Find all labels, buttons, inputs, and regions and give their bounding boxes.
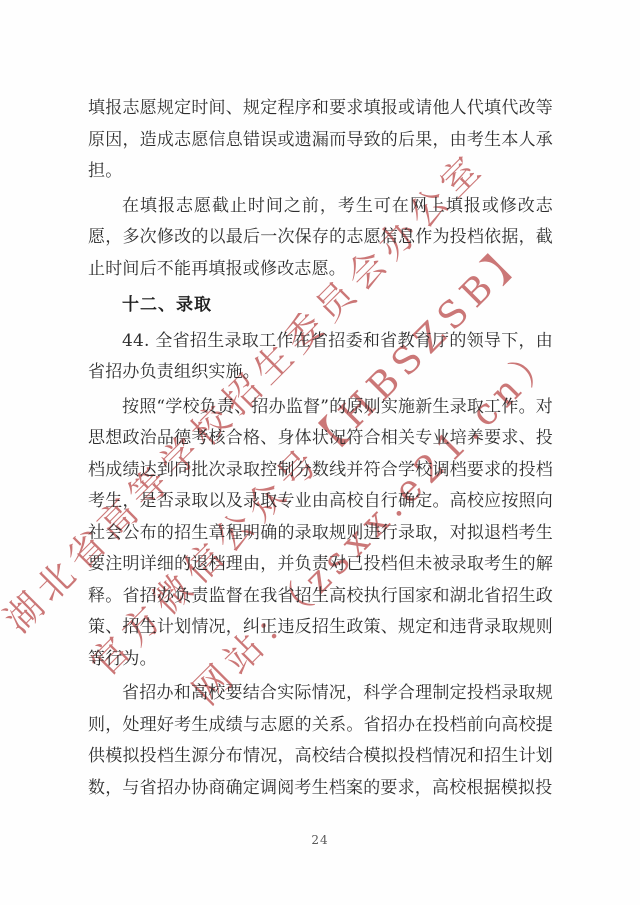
- body-paragraph-3: 44. 全省招生录取工作在省招委和省教育厅的领导下，由省招办负责组织实施。: [88, 326, 553, 389]
- body-paragraph-4: 按照“学校负责、招办监督”的原则实施新生录取工作。对思想政治品德考核合格、身体状…: [88, 392, 553, 676]
- body-paragraph-5: 省招办和高校要结合实际情况，科学合理制定投档录取规则，处理好考生成绩与志愿的关系…: [88, 678, 553, 804]
- section-heading: 十二、录取: [88, 290, 553, 322]
- page-number: 24: [0, 833, 640, 847]
- document-page: 湖北省高等学校招生委员会办公室 官方微信公众号【HBSZSB】 网站：（zsxx…: [0, 0, 640, 905]
- page-content: 填报志愿规定时间、规定程序和要求填报或请他人代填代改等原因，造成志愿信息错误或遗…: [88, 93, 553, 807]
- body-paragraph-continuation: 填报志愿规定时间、规定程序和要求填报或请他人代填代改等原因，造成志愿信息错误或遗…: [88, 93, 553, 188]
- body-paragraph-2: 在填报志愿截止时间之前，考生可在网上填报或修改志愿，多次修改的以最后一次保存的志…: [88, 191, 553, 286]
